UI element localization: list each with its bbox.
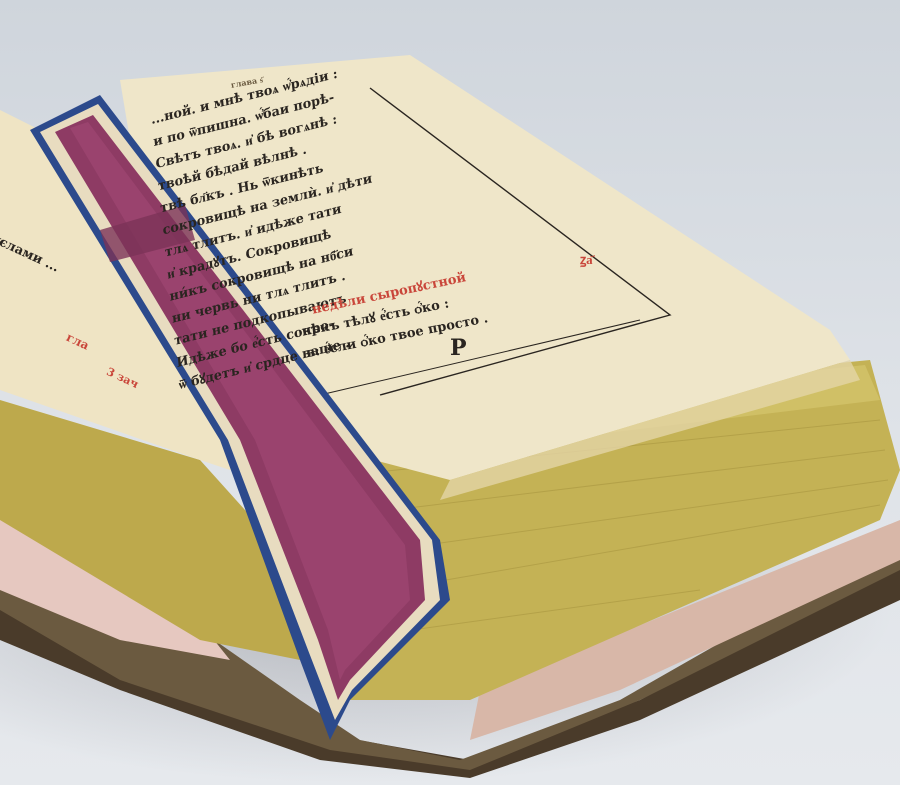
margin-rubric: ꙁа҃ bbox=[580, 250, 593, 268]
book-illustration bbox=[0, 0, 900, 785]
initial-letter: Р bbox=[450, 335, 467, 361]
